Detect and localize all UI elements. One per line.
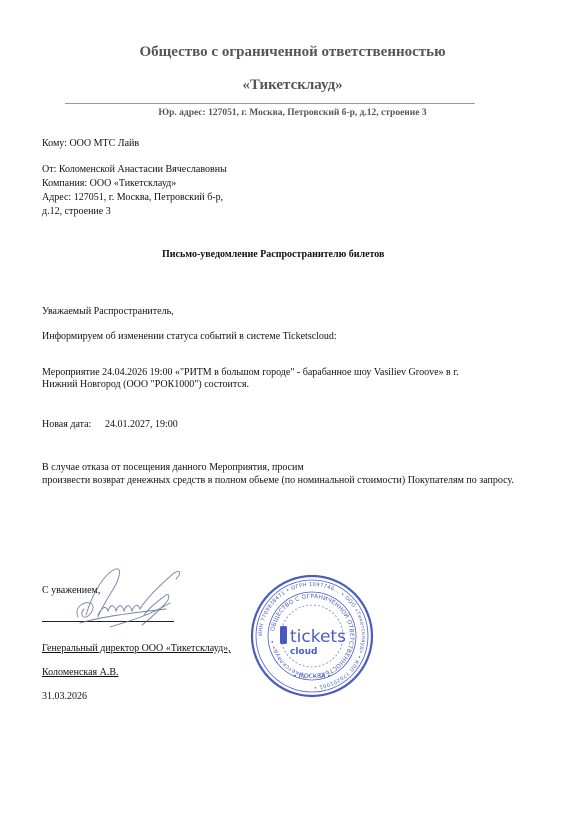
company-name-line1: Общество с ограниченной ответственностью xyxy=(0,44,585,61)
sender-company: Компания: ООО «Тикетсклауд» xyxy=(42,177,176,191)
recipient-to: Кому: ООО МТС Лайв xyxy=(42,137,139,151)
header-divider xyxy=(65,103,475,104)
legal-address: Юр. адрес: 127051, г. Москва, Петровский… xyxy=(0,108,585,118)
signatory-name: Коломенская А.В. xyxy=(42,666,119,680)
intro-text: Информируем об изменении статуса событий… xyxy=(42,330,337,344)
refund-line2: произвести возврат денежных средств в по… xyxy=(42,474,514,488)
new-date-label: Новая дата: xyxy=(42,418,91,432)
svg-text:cloud: cloud xyxy=(290,647,317,657)
company-name-line2: «Тикетсклауд» xyxy=(0,77,585,94)
event-line2: Нижний Новгород (ООО "РОК1000") состоитс… xyxy=(42,378,249,392)
letter-title: Письмо-уведомление Распространителю биле… xyxy=(162,248,384,262)
document-page: Общество с ограниченной ответственностью… xyxy=(0,0,585,835)
sender-address-line1: Адрес: 127051, г. Москва, Петровский б-р… xyxy=(42,191,223,205)
new-date-value: 24.01.2027, 19:00 xyxy=(105,418,178,432)
sender-address-line2: д.12, строение 3 xyxy=(42,205,111,219)
refund-line1: В случае отказа от посещения данного Мер… xyxy=(42,461,304,475)
handwritten-signature xyxy=(70,565,195,635)
svg-text:• МОСКВА •: • МОСКВА • xyxy=(293,673,330,680)
company-stamp: ИНН 7709838471 • ОГРН 1097746... • ООО «… xyxy=(250,574,374,698)
svg-text:tickets: tickets xyxy=(290,627,346,647)
sender-from: От: Коломенской Анастасии Вячеславовны xyxy=(42,163,227,177)
letter-date: 31.03.2026 xyxy=(42,690,87,704)
greeting: Уважаемый Распространитель, xyxy=(42,305,174,319)
signatory-position: Генеральный директор ООО «Тикетсклауд», xyxy=(42,642,231,656)
